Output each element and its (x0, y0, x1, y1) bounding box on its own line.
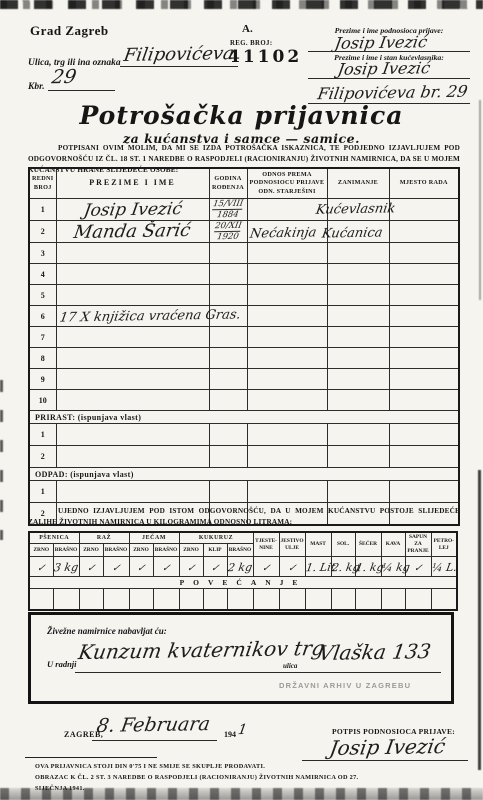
cell (103, 589, 129, 611)
sub-brasno: BRAŠNO (227, 544, 253, 557)
kbr-label: Kbr. (28, 82, 45, 92)
cell (209, 481, 247, 503)
street-value-handwriting: Filipovićeva (122, 43, 235, 66)
povecanje-row: POVEĆANJE (29, 577, 457, 589)
cell (389, 481, 459, 503)
cell (129, 589, 153, 611)
person-workplace-cell (389, 221, 459, 243)
row-number: 10 (29, 390, 56, 411)
header-petrolej: PETRO- LEJ (431, 532, 457, 557)
cell (79, 589, 103, 611)
header-jestivo-ulje: JESTIVO ULJE (279, 532, 305, 557)
person-row-9: 9 (29, 369, 459, 390)
group-kukuruz: KUKURUZ (179, 532, 253, 544)
supply-value: ✓ (161, 562, 171, 573)
supply-value: ✓ (287, 562, 297, 573)
scan-edge-right (478, 470, 481, 770)
header-sol: SOL. (331, 532, 355, 557)
row-number: 1 (29, 424, 56, 446)
odpad-label: ODPAD: (ispunjava vlast) (29, 468, 459, 481)
occupation-handwriting: Kućevlasnik (314, 201, 396, 217)
supply-value: 2 kg (227, 560, 253, 573)
sub-zrno: ZRNO (79, 544, 103, 557)
supply-value: ✓ (210, 562, 220, 573)
value-cell: ✓ (129, 557, 153, 577)
col-header-odnos: ODNOS PREMA PODNOSIOCU PRIJAVE ODN. STAR… (247, 168, 327, 199)
person-born-cell: 15/VIII 1884 (209, 199, 247, 221)
supply-value: ✓ (86, 562, 96, 573)
cell (203, 589, 227, 611)
person-row-8: 8 (29, 348, 459, 369)
cell (405, 589, 431, 611)
cell (29, 589, 53, 611)
scanned-form-page: Grad Zagreb Ulica, trg ili ina oznaka Fi… (0, 0, 483, 800)
row-number: 7 (29, 327, 56, 348)
cell (53, 589, 79, 611)
fine-print-line-1: OVA PRIJAVNICA STOJI DIN 0'75 I NE SMIJE… (35, 761, 365, 772)
person-workplace-cell (389, 243, 459, 264)
value-cell: ✓ (29, 557, 53, 577)
cell (327, 481, 389, 503)
col-header-redni-broj: REDNI BROJ (29, 168, 56, 199)
sub-zrno: ZRNO (129, 544, 153, 557)
reg-number-label: REG. BROJ: (230, 40, 273, 47)
supply-value: ¼ L. (430, 560, 457, 573)
sub-brasno: BRAŠNO (53, 544, 79, 557)
city-heading: Grad Zagreb (30, 23, 109, 39)
cell (153, 589, 179, 611)
value-cell: 1. kg (355, 557, 381, 577)
odpad-row-1: 1 (29, 481, 459, 503)
value-cell: ✓ (405, 557, 431, 577)
row-number: 4 (29, 264, 56, 285)
supply-value: 3 kg (53, 560, 79, 573)
cell (56, 446, 209, 468)
archive-stamp: DRŽAVNI ARHIV U ZAGREBU (279, 681, 411, 690)
person-occupation-cell: Kućevlasnik (327, 199, 389, 221)
person-occupation-cell (327, 243, 389, 264)
purchase-box: Živežne namirnice nabavljat ću: U radnji… (28, 612, 454, 704)
person-occupation-cell: Kućanica (327, 221, 389, 243)
radnji-label: U radnji (47, 659, 77, 669)
value-cell: ¼ kg (381, 557, 405, 577)
supplies-group-header-row: PŠENICA RAŽ JEČAM KUKURUZ TJESTE- NINE J… (29, 532, 457, 544)
cell (247, 424, 327, 446)
cell (331, 589, 355, 611)
person-born-cell: 20/XII 1920 (209, 221, 247, 243)
person-name-cell: Manda Šarić (56, 221, 209, 243)
cell (253, 589, 279, 611)
address-handwriting: Vlaška 133 (317, 639, 433, 665)
scan-noise-top (0, 0, 483, 9)
date-underline (92, 740, 217, 741)
person-workplace-cell (389, 264, 459, 285)
header-tjestenine: TJESTE- NINE (253, 532, 279, 557)
landlord-underline (308, 78, 470, 79)
person-row-10: 10 (29, 390, 459, 411)
cell (389, 446, 459, 468)
group-raz: RAŽ (79, 532, 129, 544)
sub-zrno: ZRNO (179, 544, 203, 557)
value-cell: ✓ (203, 557, 227, 577)
supply-value: ✓ (413, 562, 423, 573)
person-born-cell (209, 264, 247, 285)
person-name-cell (56, 285, 209, 306)
person-row-3: 3 (29, 243, 459, 264)
row-number: 8 (29, 348, 56, 369)
person-occupation-cell (327, 369, 389, 390)
supplies-table-wrap: PŠENICA RAŽ JEČAM KUKURUZ TJESTE- NINE J… (28, 531, 458, 611)
person-born-cell (209, 390, 247, 411)
year-print: 194 (224, 730, 236, 739)
cell (56, 424, 209, 446)
col-header-mjesto-rada: MJESTO RADA (389, 168, 459, 199)
cell (431, 589, 457, 611)
cell (305, 589, 331, 611)
row-number: 2 (29, 446, 56, 468)
supplies-values-row: ✓ 3 kg ✓ ✓ ✓ ✓ ✓ ✓ 2 kg ✓ ✓ 1. Lit 2. kg… (29, 557, 457, 577)
odpad-label-row: ODPAD: (ispunjava vlast) (29, 468, 459, 481)
purchase-label: Živežne namirnice nabavljat ću: (47, 626, 167, 636)
date-handwriting: 8. Februara (95, 713, 212, 737)
born-day-handwriting: 15/VIII (212, 199, 244, 211)
value-cell: ✓ (79, 557, 103, 577)
supplies-table: PŠENICA RAŽ JEČAM KUKURUZ TJESTE- NINE J… (28, 531, 458, 611)
person-row-7: 7 (29, 327, 459, 348)
povecanje-label: POVEĆANJE (29, 577, 457, 589)
occupation-handwriting: Kućanica (320, 226, 383, 242)
persons-table: REDNI BROJ PREZIME I IME GODINA ROĐENJA … (28, 167, 460, 526)
person-occupation-cell (327, 348, 389, 369)
person-occupation-cell (327, 327, 389, 348)
fine-print: OVA PRIJAVNICA STOJI DIN 0'75 I NE SMIJE… (35, 761, 365, 794)
sub-klip: KLIP (203, 544, 227, 557)
ulica-label: ulica (283, 662, 297, 670)
supply-value: ✓ (36, 562, 46, 573)
supply-value: ✓ (111, 562, 121, 573)
cell (389, 424, 459, 446)
born-year-handwriting: 1920 (216, 232, 239, 242)
person-row-4: 4 (29, 264, 459, 285)
cell (56, 481, 209, 503)
born-year-handwriting: 1884 (216, 210, 239, 220)
prirast-label: PRIRAST: (ispunjava vlast) (29, 411, 459, 424)
person-row-2: 2 Manda Šarić 20/XII 1920 Nećakinja Kuća… (29, 221, 459, 243)
person-born-cell (209, 243, 247, 264)
row-number: 3 (29, 243, 56, 264)
group-jecam: JEČAM (129, 532, 179, 544)
prirast-label-row: PRIRAST: (ispunjava vlast) (29, 411, 459, 424)
value-cell: 2. kg (331, 557, 355, 577)
person-relation-cell (247, 327, 327, 348)
person-workplace-cell (389, 285, 459, 306)
value-cell: 3 kg (53, 557, 79, 577)
prirast-row-2: 2 (29, 446, 459, 468)
supply-value: ✓ (186, 562, 196, 573)
section-letter: A. (242, 23, 253, 35)
supply-value: ✓ (261, 562, 271, 573)
value-cell: 2 kg (227, 557, 253, 577)
header-secer: ŠEĆER (355, 532, 381, 557)
relation-handwriting: Nećakinja (248, 226, 317, 242)
person-occupation-cell (327, 306, 389, 327)
signature-handwriting: Josip Ivezić (328, 734, 447, 760)
person-born-cell (209, 306, 247, 327)
person-name-cell (56, 327, 209, 348)
person-name-cell: Josip Ivezić (56, 199, 209, 221)
person-relation-cell (247, 369, 327, 390)
cell (209, 424, 247, 446)
person-relation-cell (247, 390, 327, 411)
row-number: 9 (29, 369, 56, 390)
supplies-statement: UJEDNO IZJAVLJUJEM POD ISTOM ODGOVORNOŠĆ… (28, 506, 460, 528)
cell (279, 589, 305, 611)
cell (355, 589, 381, 611)
row-number: 6 (29, 306, 56, 327)
person-born-cell (209, 369, 247, 390)
person-relation-cell (247, 243, 327, 264)
person-workplace-cell (389, 199, 459, 221)
value-cell: ✓ (153, 557, 179, 577)
person-name-cell (56, 264, 209, 285)
person-row-6: 6 17 X knjižica vraćena Gras. (29, 306, 459, 327)
cell (247, 446, 327, 468)
value-cell: ✓ (279, 557, 305, 577)
sub-brasno: BRAŠNO (103, 544, 129, 557)
person-workplace-cell (389, 390, 459, 411)
header-mast: MAST (305, 532, 331, 557)
row-number: 5 (29, 285, 56, 306)
group-psenica: PŠENICA (29, 532, 79, 544)
person-occupation-cell (327, 390, 389, 411)
supply-value: 1. kg (354, 560, 384, 573)
cell (179, 589, 203, 611)
value-cell: ✓ (253, 557, 279, 577)
person-row-5: 5 (29, 285, 459, 306)
form-title: Potrošačka prijavnica (0, 101, 483, 130)
person-name-handwriting: Manda Šarić (73, 220, 193, 243)
row-number: 2 (29, 221, 56, 243)
prirast-row-1: 1 (29, 424, 459, 446)
person-born-cell (209, 285, 247, 306)
col-header-zanimanje: ZANIMANJE (327, 168, 389, 199)
supplies-empty-row (29, 589, 457, 611)
kbr-underline (48, 90, 115, 91)
cell (209, 446, 247, 468)
sub-brasno: BRAŠNO (153, 544, 179, 557)
col-header-godina: GODINA ROĐENJA (209, 168, 247, 199)
street-underline (120, 66, 238, 67)
scan-edge-left (0, 380, 3, 540)
shop-handwriting: Kunzum kvaternikov trg (77, 636, 327, 664)
persons-table-wrap: REDNI BROJ PREZIME I IME GODINA ROĐENJA … (28, 167, 460, 526)
year-handwriting: 1 (237, 722, 248, 738)
person-workplace-cell (389, 306, 459, 327)
header-kava: KAVA (381, 532, 405, 557)
value-cell: ✓ (103, 557, 129, 577)
person-occupation-cell (327, 285, 389, 306)
person-relation-cell (247, 264, 327, 285)
kbr-value-handwriting: 29 (50, 66, 78, 88)
person-name-cell: 17 X knjižica vraćena Gras. (56, 306, 209, 327)
person-born-cell (209, 327, 247, 348)
person-occupation-cell (327, 264, 389, 285)
row-number: 1 (29, 481, 56, 503)
person-name-cell (56, 369, 209, 390)
person-name-cell (56, 348, 209, 369)
person-row-1: 1 Josip Ivezić 15/VIII 1884 Kućevlasnik (29, 199, 459, 221)
scan-edge-right-faint (479, 100, 481, 300)
cell (327, 446, 389, 468)
applicant-underline (308, 51, 470, 52)
value-cell: ¼ L. (431, 557, 457, 577)
cell (381, 589, 405, 611)
value-cell: 1. Lit (305, 557, 331, 577)
header-sapun: SAPUN ZA PRANJE (405, 532, 431, 557)
born-day-handwriting: 20/XII (214, 221, 242, 232)
reg-number-value: 41102 (228, 47, 302, 67)
person-relation-cell (247, 285, 327, 306)
person-name-cell (56, 390, 209, 411)
fine-print-line-2: OBRAZAC K ČL. 2 ST. 3 NAREDBE O RASPODJE… (35, 772, 365, 794)
persons-header-row: REDNI BROJ PREZIME I IME GODINA ROĐENJA … (29, 168, 459, 199)
cell (247, 481, 327, 503)
col-header-prezime-ime: PREZIME I IME (56, 168, 209, 199)
person-workplace-cell (389, 327, 459, 348)
footer-divider (25, 757, 157, 758)
supply-value: ✓ (136, 562, 146, 573)
cell (327, 424, 389, 446)
person-born-cell (209, 348, 247, 369)
sub-zrno: ZRNO (29, 544, 53, 557)
person-workplace-cell (389, 348, 459, 369)
person-relation-cell (247, 306, 327, 327)
person-workplace-cell (389, 369, 459, 390)
row-number: 1 (29, 199, 56, 221)
cell (227, 589, 253, 611)
person-name-cell (56, 243, 209, 264)
value-cell: ✓ (179, 557, 203, 577)
applicant-name-handwriting: Josip Ivezić (333, 32, 428, 53)
person-name-handwriting: Josip Ivezić (82, 199, 183, 221)
person-relation-cell (247, 348, 327, 369)
person-relation-cell: Nećakinja (247, 221, 327, 243)
purchase-underline (75, 672, 441, 673)
landlord-name-handwriting: Josip Ivezić (336, 58, 431, 79)
